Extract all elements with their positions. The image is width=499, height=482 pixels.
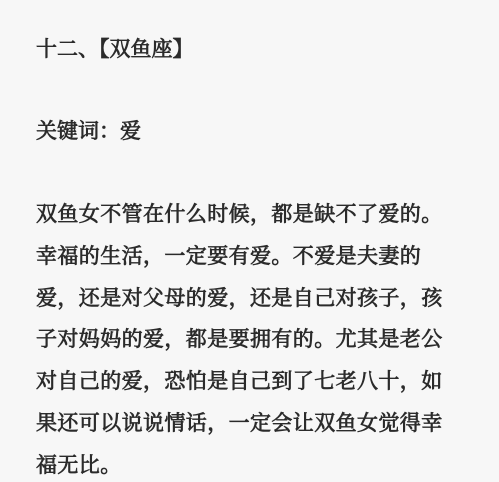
paragraph-line: 子对妈妈的爱，都是要拥有的。尤其是老公	[36, 319, 476, 361]
paragraph-line: 对自己的爱，恐怕是自己到了七老八十，如	[36, 361, 476, 403]
paragraph: 双鱼女不管在什么时候，都是缺不了爱的。 幸福的生活，一定要有爱。不爱是夫妻的 爱…	[36, 194, 476, 482]
keyword-label: 关键词：爱	[36, 118, 141, 144]
paragraph-line: 爱，还是对父母的爱，还是自己对孩子，孩	[36, 278, 476, 320]
paragraph-line: 果还可以说说情话，一定会让双鱼女觉得幸	[36, 403, 476, 445]
paragraph-line: 福无比。	[36, 445, 476, 482]
paragraph-line: 双鱼女不管在什么时候，都是缺不了爱的。	[36, 194, 476, 236]
paragraph-line: 幸福的生活，一定要有爱。不爱是夫妻的	[36, 236, 476, 278]
document-page: 十二、【双鱼座】 关键词：爱 双鱼女不管在什么时候，都是缺不了爱的。 幸福的生活…	[0, 0, 499, 482]
section-title: 十二、【双鱼座】	[36, 36, 194, 62]
